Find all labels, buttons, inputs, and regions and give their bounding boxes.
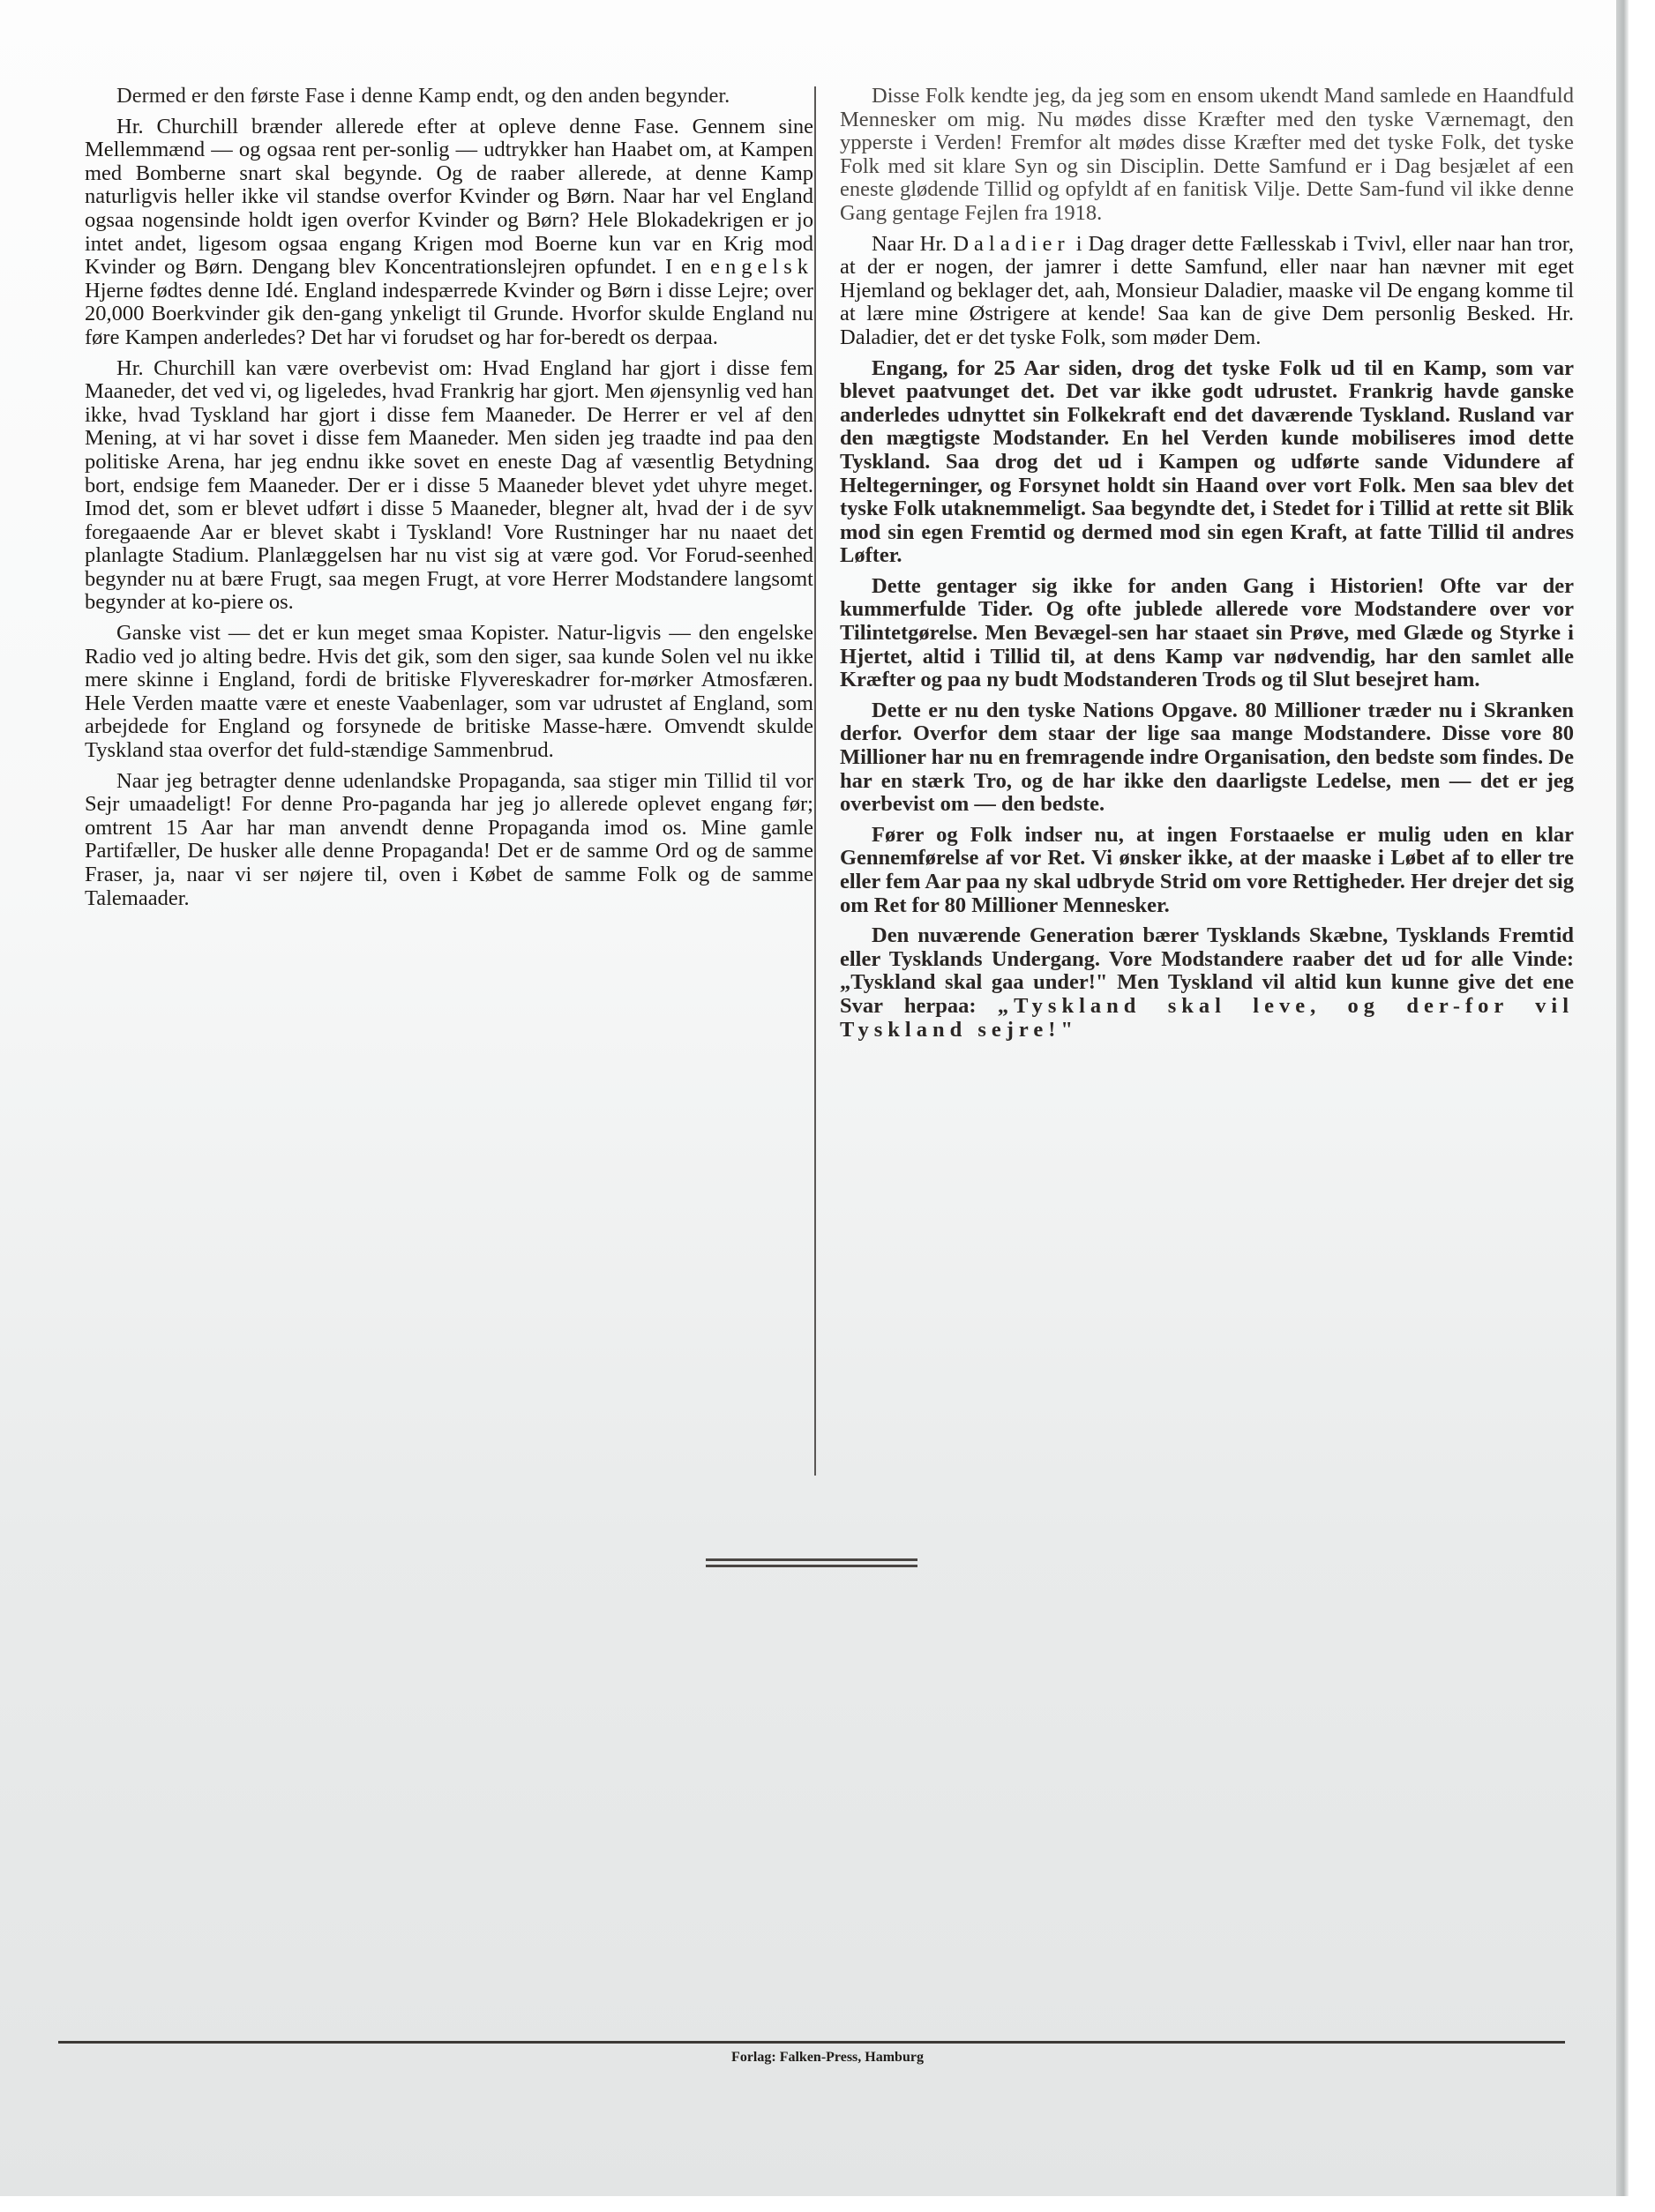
- paragraph: Ganske vist — det er kun meget smaa Kopi…: [85, 622, 813, 763]
- ornament-line: [706, 1565, 917, 1567]
- paper-edge-shadow: [1616, 0, 1629, 2196]
- text-columns: Dermed er den første Fase i denne Kamp e…: [85, 85, 1574, 1496]
- emphasized-name: Daladier: [953, 232, 1069, 256]
- publisher-imprint: Forlag: Falken-Press, Hamburg: [0, 2050, 1655, 2066]
- emphasized-word: engelsk: [710, 255, 813, 279]
- paragraph: Naar Hr. Daladier i Dag drager dette Fæl…: [840, 233, 1574, 350]
- double-rule-ornament: [706, 1558, 917, 1571]
- paragraph: Dermed er den første Fase i denne Kamp e…: [85, 85, 813, 108]
- footer-rule: [58, 2041, 1565, 2044]
- right-column: Disse Folk kendte jeg, da jeg som en ens…: [840, 85, 1574, 1049]
- paragraph: Disse Folk kendte jeg, da jeg som en ens…: [840, 85, 1574, 226]
- paragraph: Hr. Churchill kan være overbevist om: Hv…: [85, 357, 813, 616]
- ornament-line: [706, 1558, 917, 1561]
- paragraph: Dette er nu den tyske Nations Opgave. 80…: [840, 699, 1574, 817]
- paragraph: Den nuværende Generation bærer Tysklands…: [840, 924, 1574, 1042]
- paragraph: Hr. Churchill brænder allerede efter at …: [85, 116, 813, 350]
- paragraph: Dette gentager sig ikke for anden Gang i…: [840, 575, 1574, 692]
- paragraph: Naar jeg betragter denne udenlandske Pro…: [85, 770, 813, 911]
- paragraph: Engang, for 25 Aar siden, drog det tyske…: [840, 357, 1574, 568]
- left-column: Dermed er den første Fase i denne Kamp e…: [85, 85, 813, 917]
- paragraph: Fører og Folk indser nu, at ingen Forsta…: [840, 824, 1574, 917]
- column-divider: [814, 86, 816, 1476]
